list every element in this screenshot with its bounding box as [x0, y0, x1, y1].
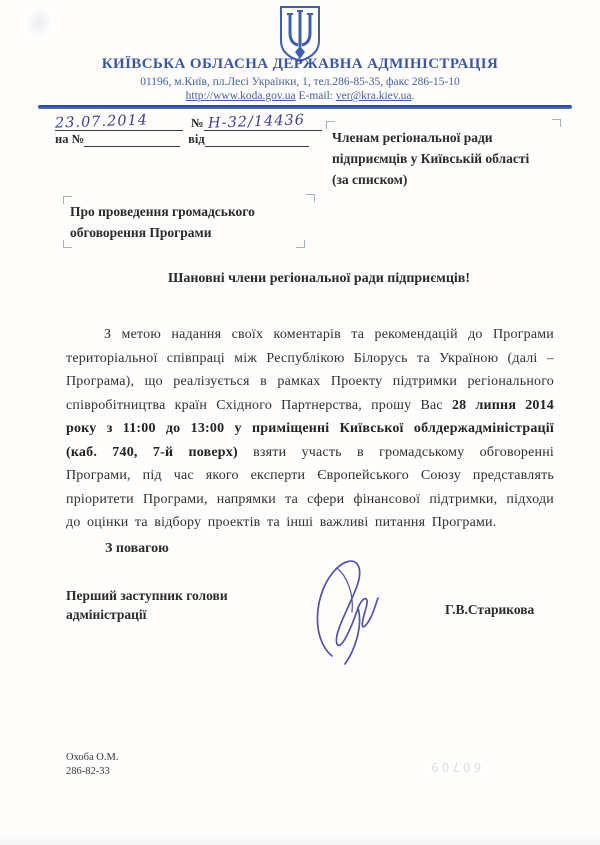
addressee-line: Членам регіональної ради: [332, 127, 560, 148]
closing-phrase: З повагою: [105, 541, 169, 557]
handwritten-number: Н-32/14436: [207, 112, 305, 131]
signer-title: Перший заступник голови адміністрації: [66, 586, 228, 624]
header-divider-line: [38, 105, 572, 109]
bleed-through-digits: 60709: [428, 760, 481, 774]
subject-block: Про проведення громадського обговорення …: [70, 201, 320, 243]
number-label: №: [191, 116, 204, 131]
vid-label: від: [188, 132, 205, 147]
reference-block: 23.07.2014 № Н-32/14436 на № від: [55, 114, 335, 147]
addressee-corner-mark: [552, 119, 561, 127]
addressee-line: підприємців у Київській області: [332, 148, 560, 169]
vid-field: [205, 132, 309, 147]
org-address-line: 01196, м.Київ, пл.Лесі Українки, 1, тел.…: [0, 76, 600, 88]
number-field: Н-32/14436: [204, 114, 322, 131]
body-paragraph: З метою надання своїх коментарів та реко…: [66, 323, 554, 535]
signer-title-line: адміністрації: [66, 605, 228, 624]
executor-block: Охоба О.М. 286-82-33: [66, 751, 118, 779]
na-label: на №: [55, 132, 84, 147]
org-email-link: ver@kra.kiev.ua: [336, 90, 412, 102]
signer-title-line: Перший заступник голови: [66, 586, 228, 605]
scan-edge-shadow: [0, 833, 600, 845]
executor-phone: 286-82-33: [66, 765, 118, 779]
reference-row-reply: на № від: [55, 132, 335, 147]
addressee-line: (за списком): [332, 169, 560, 190]
scanned-letter-page: КИЇВСЬКА ОБЛАСНА ДЕРЖАВНА АДМІНІСТРАЦІЯ …: [0, 0, 600, 845]
handwritten-signature: [302, 556, 412, 673]
addressee-block: Членам регіональної ради підприємців у К…: [332, 127, 560, 190]
subject-line: Про проведення громадського: [70, 201, 320, 222]
subject-line: обговорення Програми: [70, 222, 320, 243]
reference-row-date: 23.07.2014 № Н-32/14436: [55, 114, 335, 131]
salutation: Шановні члени регіональної ради підприєм…: [68, 271, 570, 287]
organization-name: КИЇВСЬКА ОБЛАСНА ДЕРЖАВНА АДМІНІСТРАЦІЯ: [0, 56, 600, 73]
handwritten-date: 23.07.2014: [55, 112, 149, 131]
email-label: E-mail:: [296, 90, 336, 102]
scan-smudge: [22, 4, 57, 41]
org-website-link: http://www.koda.gov.ua: [186, 90, 296, 102]
email-suffix: .: [411, 90, 414, 102]
signer-name: Г.В.Старикова: [445, 602, 534, 618]
org-contacts-line: http://www.koda.gov.ua E-mail: ver@kra.k…: [0, 90, 600, 102]
na-field: [84, 132, 180, 147]
executor-name: Охоба О.М.: [66, 751, 118, 765]
date-field: 23.07.2014: [55, 114, 183, 131]
